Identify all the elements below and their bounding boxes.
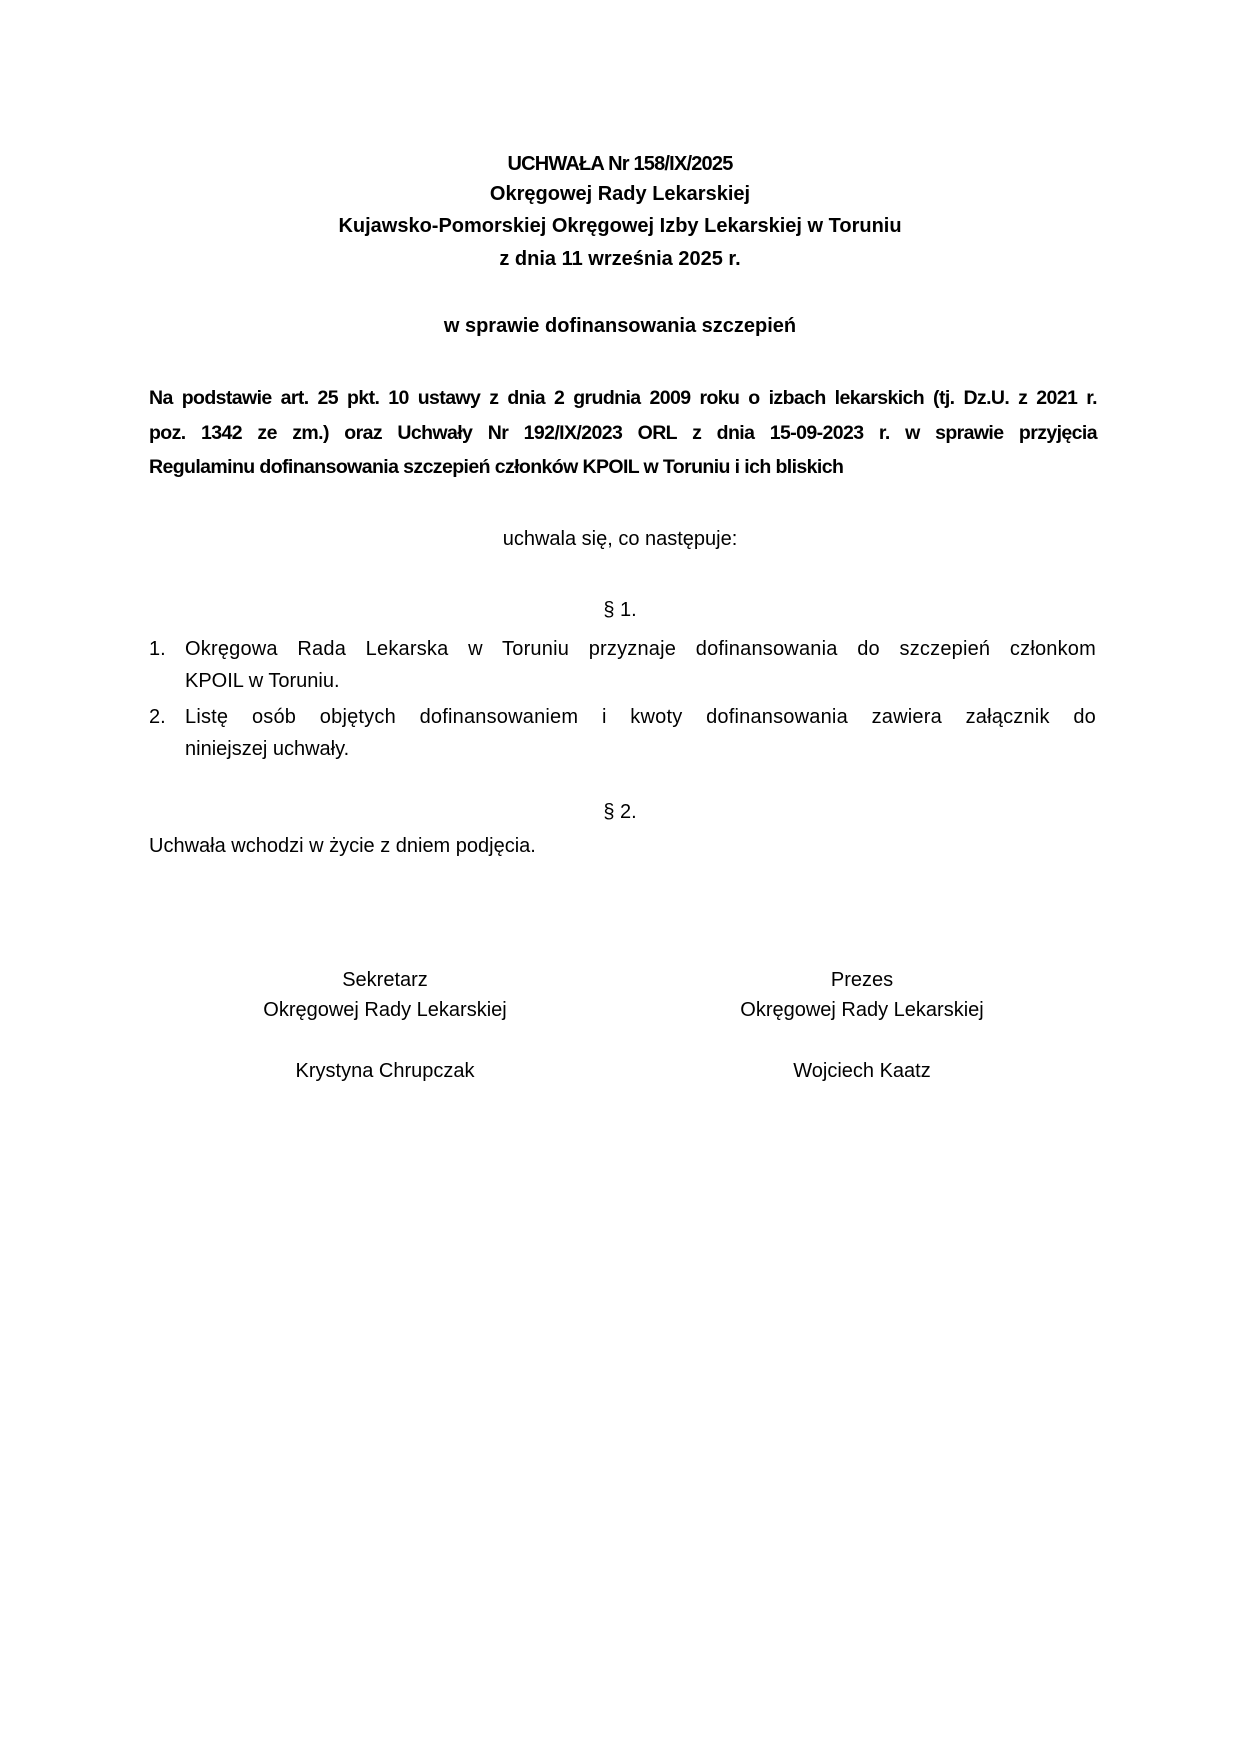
legal-basis-line: Regulaminu dofinansowania szczepień czło… [149, 450, 1097, 485]
resolution-date: z dnia 11 września 2025 r. [0, 244, 1240, 274]
signature-body: Okręgowej Rady Lekarskiej [185, 995, 585, 1025]
list-item-number: 1. [149, 633, 166, 665]
list-item-text: Okręgowa Rada Lekarska w Toruniu przyzna… [185, 633, 1096, 697]
section-2-label: § 2. [0, 797, 1240, 827]
signature-role: Prezes [662, 965, 1062, 995]
chamber-name: Kujawsko-Pomorskiej Okręgowej Izby Lekar… [0, 211, 1240, 241]
resolution-title: UCHWAŁA Nr 158/IX/2025 [0, 149, 1240, 179]
signature-name: Wojciech Kaatz [662, 1056, 1062, 1086]
list-item: 2. Listę osób objętych dofinansowaniem i… [149, 701, 1096, 765]
signature-name: Krystyna Chrupczak [185, 1056, 585, 1086]
list-item-line: Listę osób objętych dofinansowaniem i kw… [185, 701, 1096, 733]
council-name: Okręgowej Rady Lekarskiej [0, 179, 1240, 209]
signature-secretary: Sekretarz Okręgowej Rady Lekarskiej Krys… [185, 965, 585, 1086]
list-item-number: 2. [149, 701, 166, 733]
signature-president: Prezes Okręgowej Rady Lekarskiej Wojciec… [662, 965, 1062, 1086]
list-item-line: niniejszej uchwały. [185, 733, 1096, 765]
legal-basis-line: Na podstawie art. 25 pkt. 10 ustawy z dn… [149, 381, 1097, 416]
legal-basis-line: poz. 1342 ze zm.) oraz Uchwały Nr 192/IX… [149, 416, 1097, 451]
section-2-text: Uchwała wchodzi w życie z dniem podjęcia… [149, 831, 536, 861]
legal-basis-paragraph: Na podstawie art. 25 pkt. 10 ustawy z dn… [149, 381, 1097, 485]
signature-role: Sekretarz [185, 965, 585, 995]
list-item-line: KPOIL w Toruniu. [185, 665, 1096, 697]
list-item-text: Listę osób objętych dofinansowaniem i kw… [185, 701, 1096, 765]
list-item: 1. Okręgowa Rada Lekarska w Toruniu przy… [149, 633, 1096, 697]
resolution-subject: w sprawie dofinansowania szczepień [0, 311, 1240, 341]
document-page: UCHWAŁA Nr 158/IX/2025 Okręgowej Rady Le… [0, 0, 1240, 1755]
signature-body: Okręgowej Rady Lekarskiej [662, 995, 1062, 1025]
section-1-list: 1. Okręgowa Rada Lekarska w Toruniu przy… [149, 633, 1096, 769]
section-1-label: § 1. [0, 595, 1240, 625]
resolves-statement: uchwala się, co następuje: [0, 524, 1240, 554]
list-item-line: Okręgowa Rada Lekarska w Toruniu przyzna… [185, 633, 1096, 665]
